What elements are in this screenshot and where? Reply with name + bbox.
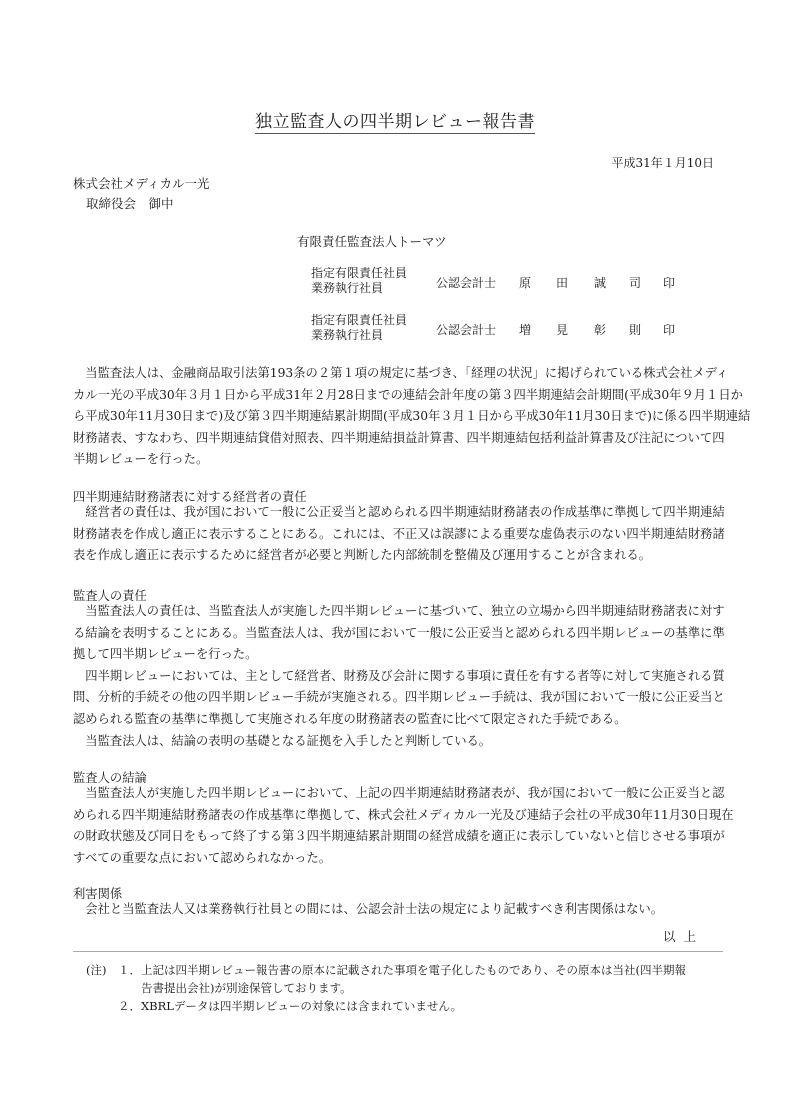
intro-paragraph: 当監査法人は、金融商品取引法第193条の２第１項の規定に基づき、「経理の状況」に… — [73, 363, 721, 471]
seal-mark: 印 — [663, 274, 675, 291]
report-date: 平成31年１月10日 — [611, 154, 714, 171]
signatory-name-char: 田 — [556, 274, 568, 291]
signatory-title: 公認会計士 — [436, 274, 496, 291]
section-body-management-responsibility: 経営者の責任は、我が国において一般に公正妥当と認められる四半期連結財務諸表の作成… — [73, 502, 721, 567]
signatory-name-char: 彰 — [594, 321, 606, 338]
section-body-auditor-responsibility: 当監査法人の責任は、当監査法人が実施した四半期レビューに基づいて、独立の立場から… — [73, 601, 721, 752]
signatory-row: 指定有限責任社員 業務執行社員 公認会計士 原 田 誠 司 印 — [311, 266, 691, 296]
notes-divider — [73, 951, 723, 952]
report-title: 独立監査人の四半期レビュー報告書 — [0, 107, 790, 132]
section-body-auditor-conclusion: 当監査法人が実施した四半期レビューにおいて、上記の四半期連結財務諸表が、我が国に… — [73, 783, 721, 869]
audit-firm-name: 有限責任監査法人トーマツ — [297, 232, 447, 250]
signatory-role: 指定有限責任社員 業務執行社員 — [311, 266, 407, 296]
signatory-name-char: 則 — [629, 321, 641, 338]
signatory-name-char: 見 — [556, 321, 568, 338]
section-body-interest: 会社と当監査法人又は業務執行社員との間には、公認会計士法の規定により記載すべき利… — [73, 899, 721, 921]
signatory-role: 指定有限責任社員 業務執行社員 — [311, 313, 407, 343]
end-mark: 以上 — [663, 927, 704, 945]
signatory-name-char: 原 — [519, 274, 531, 291]
signatory-name-char: 司 — [629, 274, 641, 291]
signatory-row: 指定有限責任社員 業務執行社員 公認会計士 増 見 彰 則 印 — [311, 313, 691, 343]
note-item: １．上記は四半期レビュー報告書の原本に記載された事項を電子化したものであり、その… — [118, 961, 686, 979]
addressee-board: 取締役会 御中 — [86, 194, 174, 212]
note-item-continued: 告書提出会社)が別途保管しております。 — [118, 979, 352, 997]
addressee-company: 株式会社メディカル一光 — [73, 174, 210, 192]
signatory-title: 公認会計士 — [436, 321, 496, 338]
notes-label: (注) — [86, 962, 106, 978]
signatory-name-char: 誠 — [594, 274, 606, 291]
note-item: ２．XBRLデータは四半期レビューの対象には含まれていません。 — [118, 997, 462, 1015]
signatory-name-char: 増 — [519, 321, 531, 338]
seal-mark: 印 — [663, 321, 675, 338]
